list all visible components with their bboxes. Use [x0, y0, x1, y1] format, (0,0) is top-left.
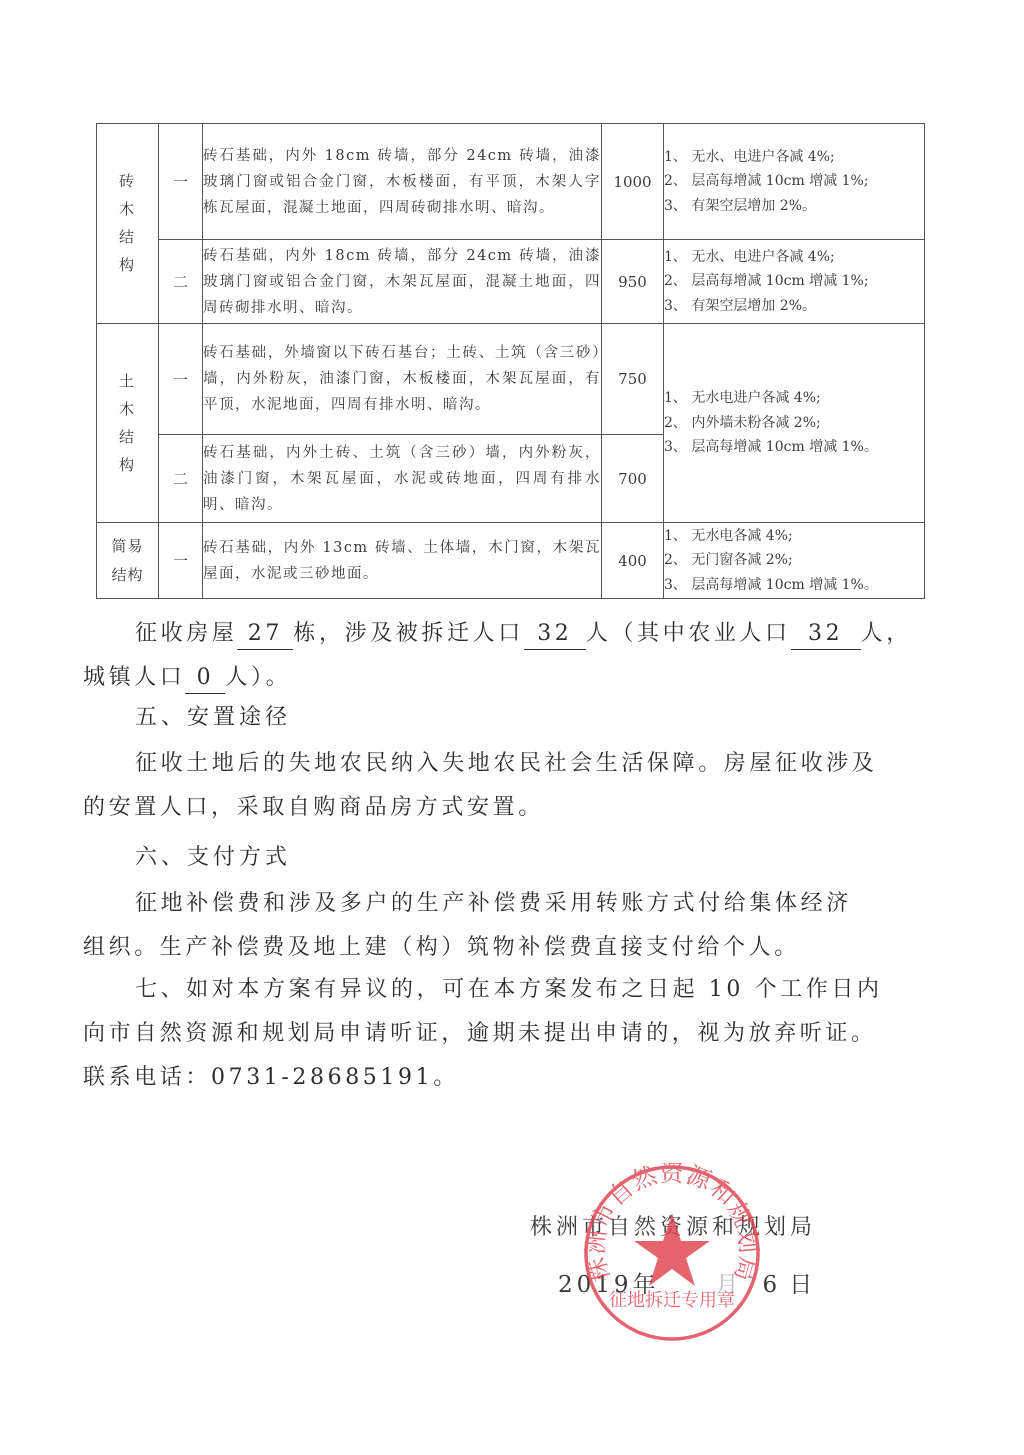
houses-count: 27	[237, 619, 293, 650]
text: 征地补偿费和涉及多户的生产补偿费采用转账方式付给集体经济	[135, 891, 852, 916]
adjustment-line: 1、 无水、电进户各减 4%;	[664, 145, 924, 170]
date-day: 6	[763, 1272, 782, 1298]
text: 征收房屋	[135, 621, 237, 646]
displaced-count: 32	[524, 619, 586, 650]
price-cell: 1000	[602, 124, 664, 240]
category-label: 结构	[112, 561, 144, 589]
seal-bottom-text: 征地拆迁专用章	[609, 1290, 735, 1311]
adjustment-cell: 1、 无水电各减 4%; 2、 无门窗各减 2%; 3、 层高每增减 10cm …	[664, 523, 925, 599]
table-row: 二 砖石基础，内外 18cm 砖墙，部分 24cm 砖墙，油漆玻璃门窗或铝合金门…	[97, 240, 925, 324]
category-label: 土木结构	[119, 367, 137, 479]
text: 人）。	[225, 665, 291, 690]
section-5-paragraph: 征收土地后的失地农民纳入失地农民社会生活保障。房屋征收涉及 的安置人口，采取自购…	[83, 742, 928, 830]
text: 人，	[861, 621, 912, 646]
grade-cell: 一	[159, 324, 203, 435]
adjustment-line: 3、 层高每增减 10cm 增减 1%。	[664, 573, 924, 598]
price-cell: 400	[602, 523, 664, 599]
adjustment-line: 3、 有架空层增加 2%。	[664, 194, 924, 219]
text: 日	[789, 1272, 816, 1298]
adjustment-line: 1、 无水电各减 4%;	[664, 524, 924, 549]
table-row: 土木结构 一 砖石基础，外墙窗以下砖石基台；土砖、土筑（含三砂）墙，内外粉灰，油…	[97, 324, 925, 435]
adjustment-cell: 1、 无水、电进户各减 4%; 2、 层高每增减 10cm 增减 1%; 3、 …	[664, 124, 925, 240]
price-cell: 950	[602, 240, 664, 324]
adjustment-line: 2、 层高每增减 10cm 增减 1%;	[664, 269, 924, 294]
grade-cell: 一	[159, 523, 203, 599]
table-row: 简易 结构 一 砖石基础，内外 13cm 砖墙、土体墙，木门窗，木架瓦屋面，水泥…	[97, 523, 925, 599]
adjustment-line: 3、 有架空层增加 2%。	[664, 294, 924, 319]
adjustment-cell: 1、 无水、电进户各减 4%; 2、 层高每增减 10cm 增减 1%; 3、 …	[664, 240, 925, 324]
adjustment-line: 2、 层高每增减 10cm 增减 1%;	[664, 169, 924, 194]
contact-phone: 联系电话：0731-28685191。	[83, 1065, 459, 1090]
adjustment-line: 2、 内外墙未粉各减 2%;	[664, 411, 924, 436]
grade-cell: 二	[159, 240, 203, 324]
category-cell: 砖木结构	[97, 124, 159, 324]
adjustment-line: 1、 无水电进户各减 4%;	[664, 386, 924, 411]
text: 城镇人口	[83, 665, 185, 690]
urban-count: 0	[185, 663, 225, 694]
text: 组织。生产补偿费及地上建（构）筑物补偿费直接支付给个人。	[83, 935, 800, 960]
grade-cell: 二	[159, 435, 203, 523]
description-cell: 砖石基础，内外 18cm 砖墙，部分 24cm 砖墙，油漆玻璃门窗或铝合金门窗，…	[203, 124, 602, 240]
adjustment-line: 3、 层高每增减 10cm 增减 1%。	[664, 435, 924, 460]
adjustment-line: 1、 无水、电进户各减 4%;	[664, 245, 924, 270]
category-label: 砖木结构	[119, 167, 137, 279]
price-cell: 700	[602, 435, 664, 523]
description-cell: 砖石基础，外墙窗以下砖石基台；土砖、土筑（含三砂）墙，内外粉灰，油漆门窗，木板楼…	[203, 324, 602, 435]
official-seal-icon: 株洲市自然资源和规划局 征地拆迁专用章	[582, 1163, 762, 1343]
document-page: 砖木结构 一 砖石基础，内外 18cm 砖墙，部分 24cm 砖墙，油漆玻璃门窗…	[0, 0, 1024, 1455]
agricultural-count: 32	[791, 619, 861, 650]
description-cell: 砖石基础，内外 13cm 砖墙、土体墙，木门窗，木架瓦屋面，水泥或三砂地面。	[203, 523, 602, 599]
text: 栋，涉及被拆迁人口	[293, 621, 523, 646]
adjustment-line: 2、 无门窗各减 2%;	[664, 548, 924, 573]
house-compensation-table: 砖木结构 一 砖石基础，内外 18cm 砖墙，部分 24cm 砖墙，油漆玻璃门窗…	[96, 123, 925, 599]
section-heading-5: 五、安置途径	[135, 700, 291, 731]
section-heading-6: 六、支付方式	[135, 840, 291, 871]
table-row: 砖木结构 一 砖石基础，内外 18cm 砖墙，部分 24cm 砖墙，油漆玻璃门窗…	[97, 124, 925, 240]
section-6-paragraph: 征地补偿费和涉及多户的生产补偿费采用转账方式付给集体经济 组织。生产补偿费及地上…	[83, 882, 928, 970]
star-icon	[634, 1213, 710, 1286]
grade-cell: 一	[159, 124, 203, 240]
text: 人（其中农业人口	[586, 621, 791, 646]
description-cell: 砖石基础，内外土砖、土筑（含三砂）墙，内外粉灰，油漆门窗，木架瓦屋面，水泥或砖地…	[203, 435, 602, 523]
adjustment-cell: 1、 无水电进户各减 4%; 2、 内外墙未粉各减 2%; 3、 层高每增减 1…	[664, 324, 925, 523]
category-cell: 简易 结构	[97, 523, 159, 599]
section-7-paragraph: 七、如对本方案有异议的，可在本方案发布之日起 10 个工作日内 向市自然资源和规…	[83, 968, 928, 1100]
population-paragraph: 征收房屋27栋，涉及被拆迁人口32人（其中农业人口32人， 城镇人口0人）。	[83, 612, 928, 700]
category-cell: 土木结构	[97, 324, 159, 523]
price-cell: 750	[602, 324, 664, 435]
description-cell: 砖石基础，内外 18cm 砖墙，部分 24cm 砖墙，油漆玻璃门窗或铝合金门窗，…	[203, 240, 602, 324]
text: 的安置人口，采取自购商品房方式安置。	[83, 795, 544, 820]
text: 七、如对本方案有异议的，可在本方案发布之日起 10 个工作日内	[135, 977, 883, 1002]
category-label: 简易	[112, 532, 144, 560]
text: 征收土地后的失地农民纳入失地农民社会生活保障。房屋征收涉及	[135, 751, 877, 776]
text: 向市自然资源和规划局申请听证，逾期未提出申请的，视为放弃听证。	[83, 1021, 877, 1046]
